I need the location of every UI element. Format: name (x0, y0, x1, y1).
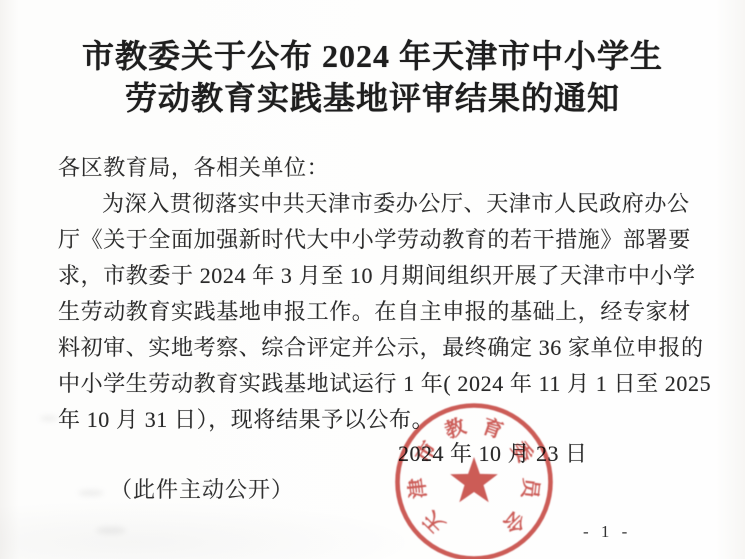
title-line-1: 市教委关于公布 2024 年天津市中小学生 (0, 35, 745, 77)
body-line: 生劳动教育实践基地申报工作。在自主申报的基础上，经专家材 (58, 294, 698, 330)
title-line-2: 劳动教育实践基地评审结果的通知 (0, 77, 745, 119)
seal-char: 津 (404, 476, 430, 500)
document-title: 市教委关于公布 2024 年天津市中小学生 劳动教育实践基地评审结果的通知 (0, 35, 745, 119)
seal-char: 委 (507, 437, 538, 467)
seal-star-icon (450, 457, 498, 502)
seal-char: 员 (517, 477, 542, 501)
scan-smudge (40, 416, 58, 421)
seal-char: 育 (479, 414, 506, 443)
page-number: - 1 - (583, 522, 631, 542)
scan-smudge (96, 527, 126, 534)
scan-smudge (78, 490, 104, 496)
body-line: 厅《关于全面加强新时代大中小学劳动教育的若干措施》部署要 (58, 222, 698, 258)
body-line: 中小学生劳动教育实践基地试运行 1 年( 2024 年 11 月 1 日至 20… (58, 366, 698, 402)
salutation-line: 各区教育局，各相关单位： (58, 150, 698, 186)
body-line: 年 10 月 31 日），现将结果予以公布。 (58, 402, 698, 438)
seal-char: 天 (418, 506, 449, 537)
seal-char: 会 (498, 506, 530, 538)
official-seal: 天 津 市 教 育 委 员 会 (389, 397, 559, 559)
scanned-notice-page: 市教委关于公布 2024 年天津市中小学生 劳动教育实践基地评审结果的通知 各区… (0, 0, 745, 559)
seal-char: 市 (410, 436, 441, 467)
body-line: 为深入贯彻落实中共天津市委办公厅、天津市人民政府办公 (58, 186, 698, 222)
seal-char: 教 (442, 413, 470, 443)
body-line: 求，市教委于 2024 年 3 月至 10 月期间组织开展了天津市中小学 (58, 258, 698, 294)
body-line: 料初审、实地考察、综合评定并公示，最终确定 36 家单位申报的 (58, 330, 698, 366)
disclosure-note: （此件主动公开） (110, 477, 294, 503)
document-body: 各区教育局，各相关单位： 为深入贯彻落实中共天津市委办公厅、天津市人民政府办公 … (58, 150, 698, 438)
